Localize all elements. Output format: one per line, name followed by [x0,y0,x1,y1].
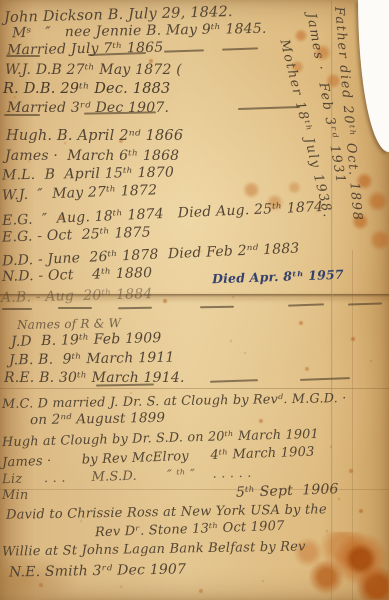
line-smith-1907: N.E. Smith 3ʳᵈ Dec 1907 [9,561,186,580]
line-min-label: Min [2,488,28,503]
line-jb-1911: J.B. B. 9ᵗʰ March 1911 [9,350,175,369]
line-rdb-1883: R. D.B. 29ᵗʰ Dec. 1883 [3,81,170,97]
underline-stroke [4,114,40,116]
line-ml-1870: M.L. B April 15ᵗʰ 1870 [2,165,174,184]
line-wjdb-1872: W.J. D.B 27ᵗʰ May 1872 ( [5,62,182,78]
underline-stroke [2,308,32,310]
line-re-1914: R.E. B. 30ᵗʰ March 1914. [4,370,185,386]
underline-stroke [6,55,40,57]
line-james-1868: James · March 6ᵗʰ 1868 [5,148,179,164]
underline-stroke [58,307,92,309]
line-names-header: Names of R & W [17,316,121,332]
line-marriage-1899: on 2ⁿᵈ August 1899 [30,410,166,428]
line-hugh-1866: Hugh. B. April 2ⁿᵈ 1866 [6,128,183,144]
scanned-document: John Dickson B. July 29, 1842. Mˢ ″ nee … [0,0,389,600]
